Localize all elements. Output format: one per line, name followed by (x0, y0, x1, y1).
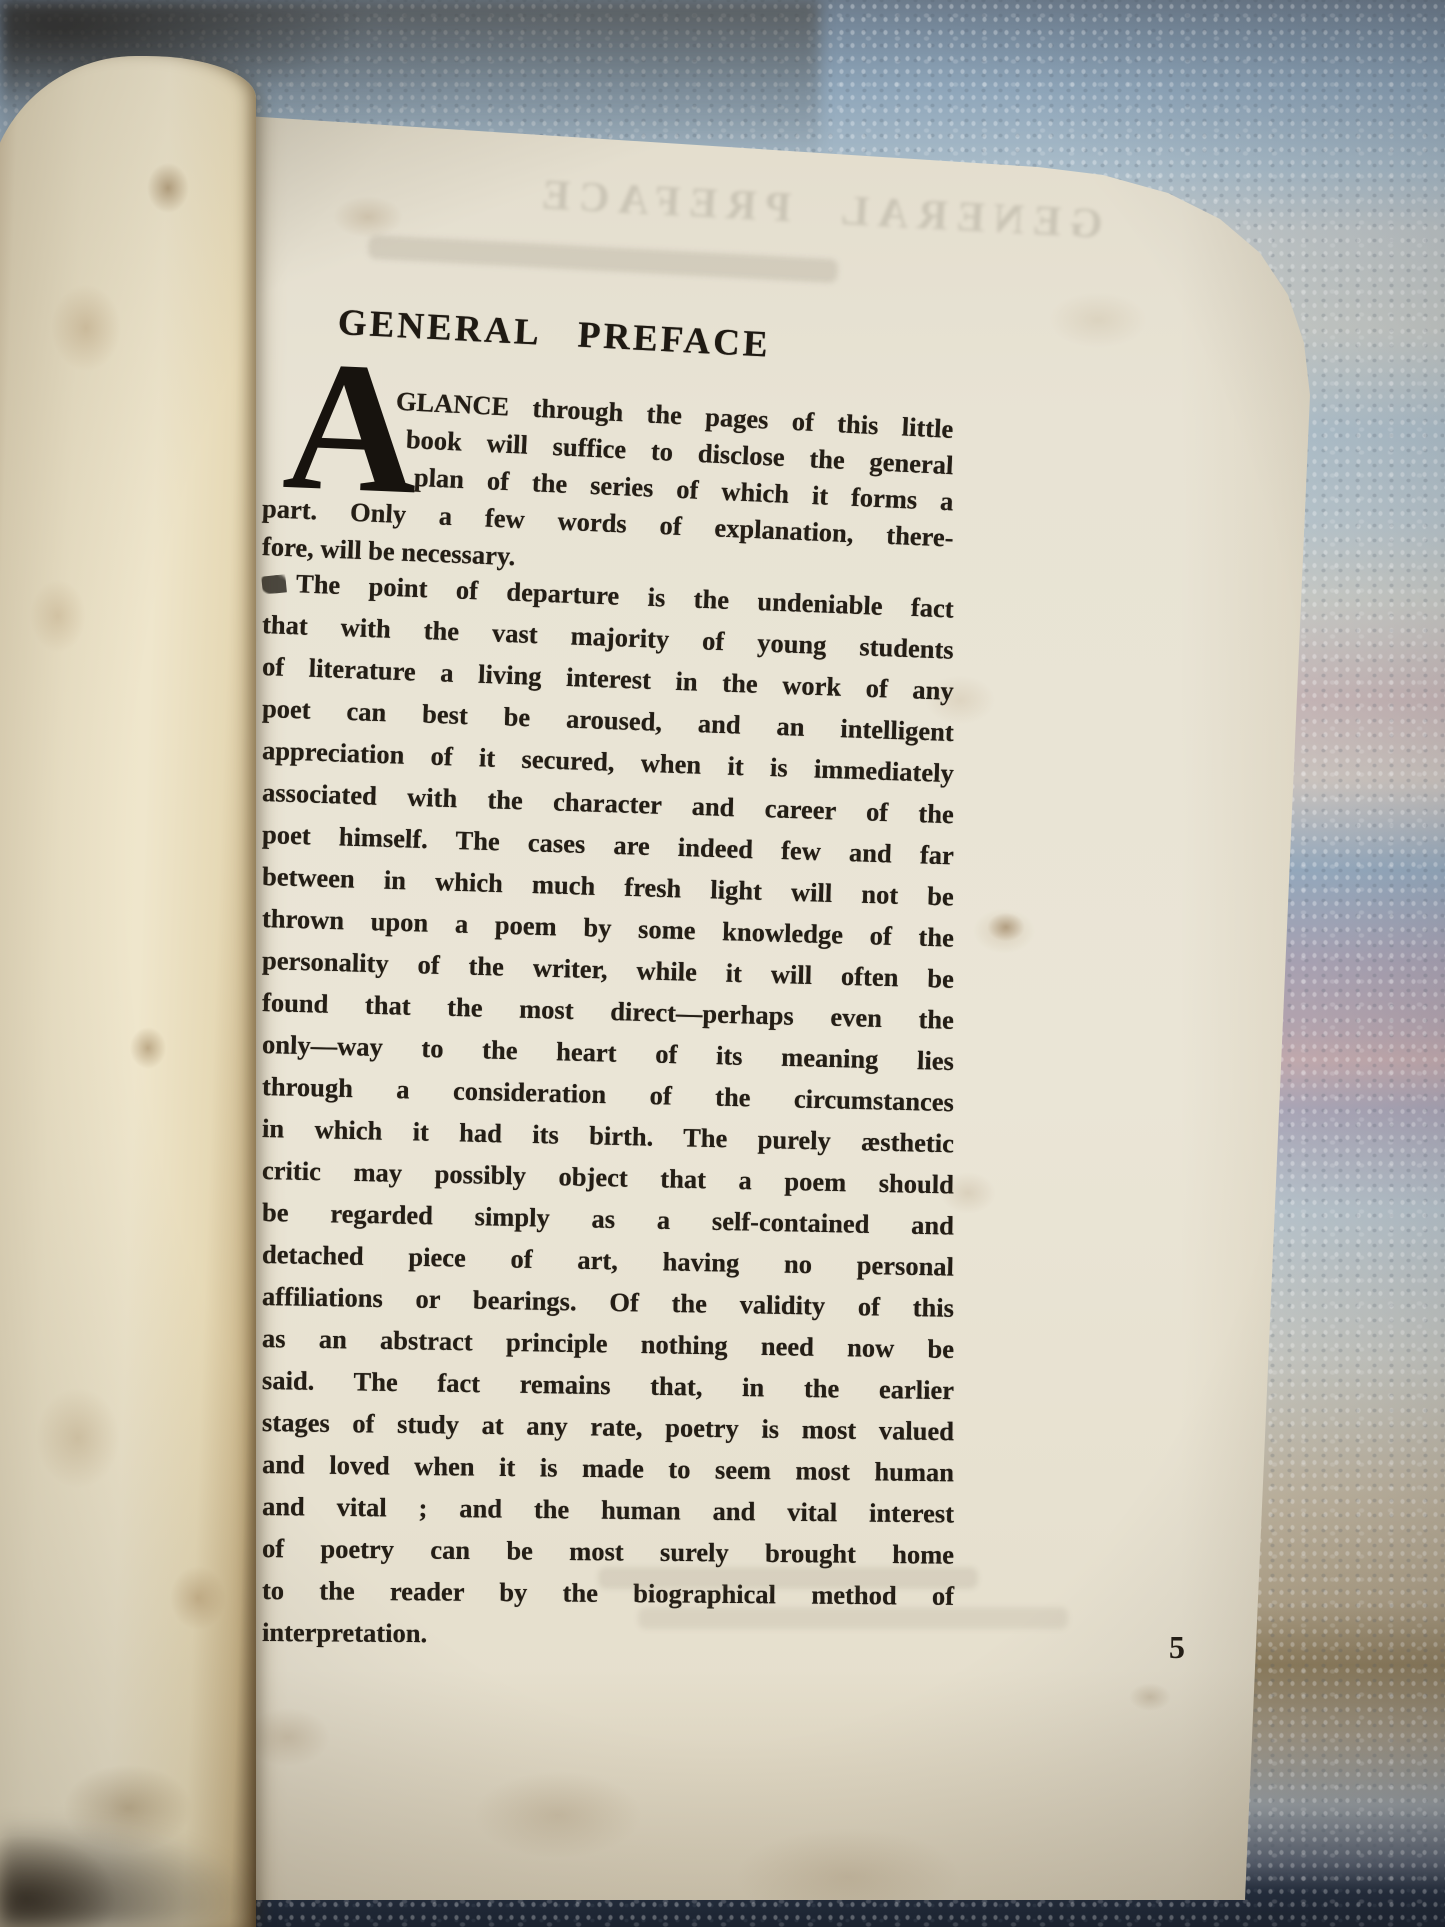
page-heading: GENERAL PREFACE (337, 301, 1098, 384)
ink-blot-mark (261, 574, 287, 594)
page-edge-stack (0, 56, 256, 1927)
show-through-smudge (368, 235, 839, 284)
photo-of-book-page: { "colors": { "page_paper": "#e8e3d4", "… (0, 0, 1445, 1927)
book: GENERAL PREFACE GENERAL PREFACE A GLANCE… (0, 0, 1445, 1927)
book-bottom-shadow (0, 1772, 430, 1927)
page-number: 5 (1169, 1629, 1185, 1666)
preface-paragraph-2: The point of departure is the undeniable… (262, 561, 954, 1653)
show-through-smudge (598, 1567, 978, 1589)
preface-paragraph-1: GLANCE through the pages of this little … (262, 375, 954, 565)
ghost-heading-show-through: GENERAL PREFACE (342, 161, 1103, 249)
show-through-smudge (638, 1607, 1068, 1629)
book-page: GENERAL PREFACE GENERAL PREFACE A GLANCE… (168, 95, 1330, 1900)
